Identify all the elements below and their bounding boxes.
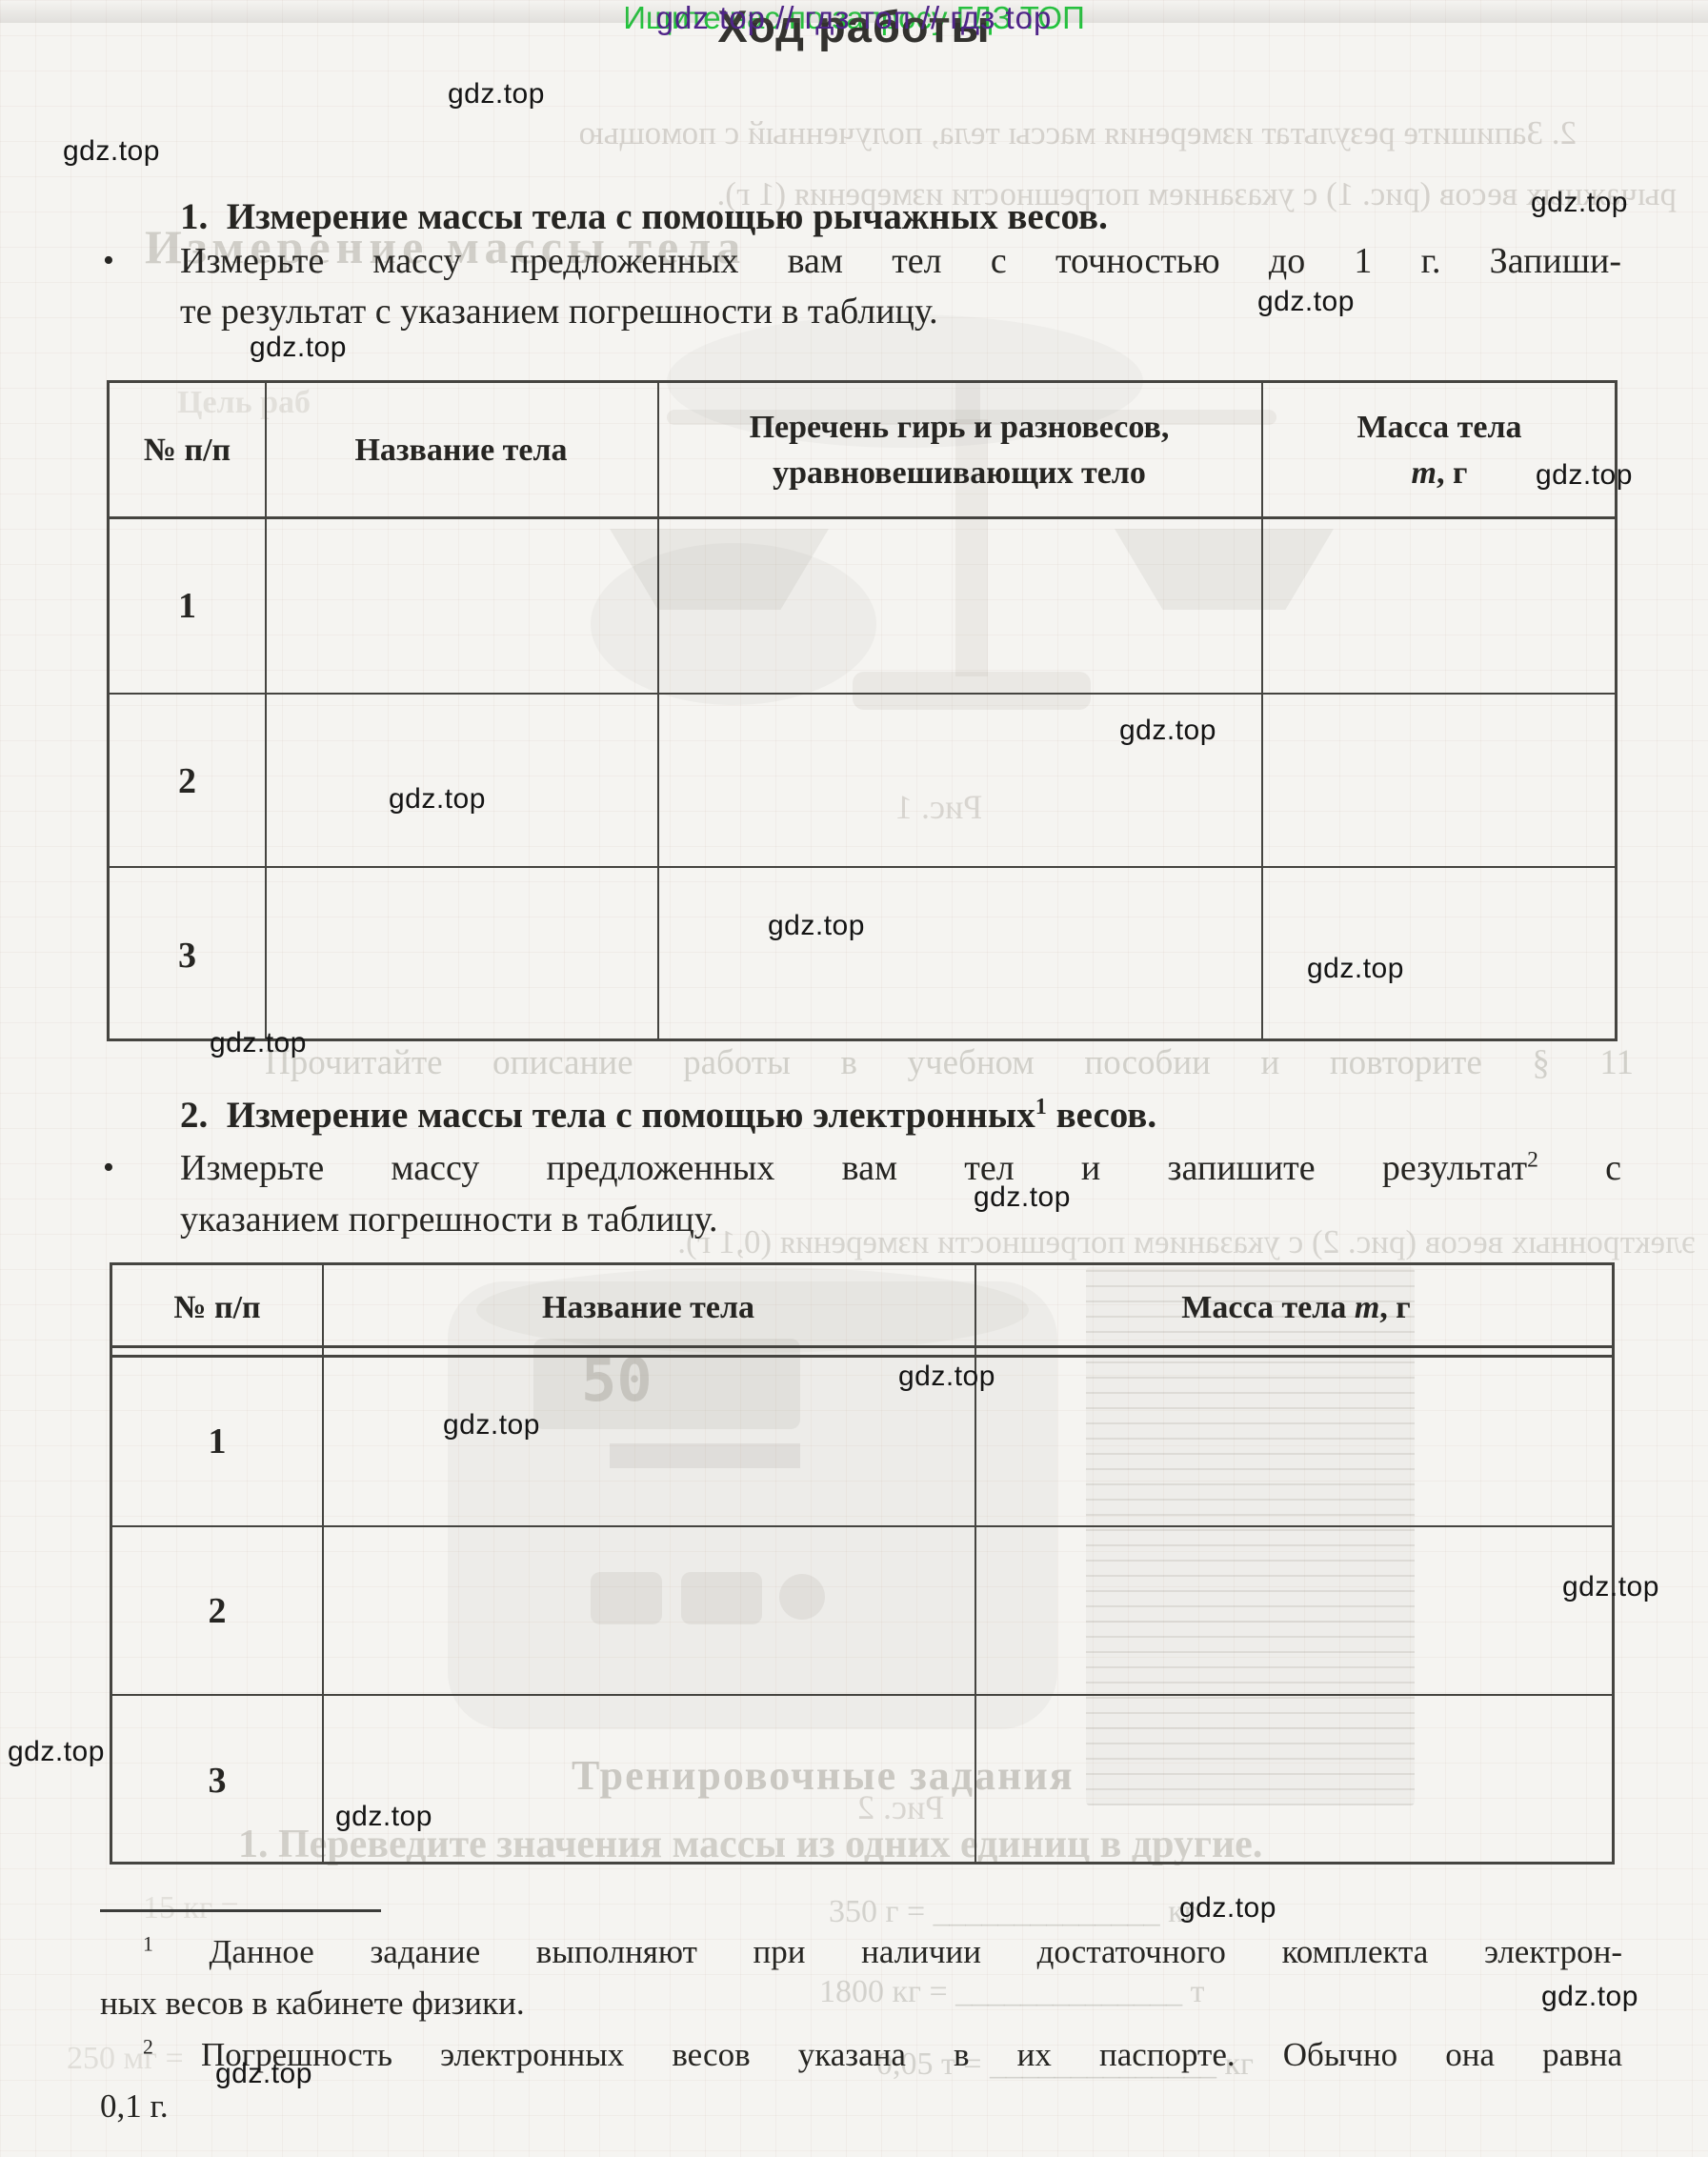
table2-row-divider-2 xyxy=(112,1694,1612,1696)
section1-heading: 1. Измерение массы тела с помощью рычажн… xyxy=(180,195,1108,239)
table2-electronic-scales: № п/п Название тела Масса тела m, г 1 2 … xyxy=(110,1262,1615,1865)
section2-text-line2: указанием погрешности в таблицу. xyxy=(180,1198,717,1241)
footnote2-line1: 2 Погрешность электронных весов указана … xyxy=(143,2034,1622,2076)
watermark-gdztop-8: gdz.top xyxy=(389,783,486,816)
site-footer-text: gdz top // гдз топ // гдз top xyxy=(0,0,1708,36)
table2-row2-number: 2 xyxy=(112,1590,322,1632)
table1-header-divider xyxy=(110,516,1615,519)
ghost-blank-350g: 350 г = ______________ кг xyxy=(829,1894,1197,1930)
table2-header-mass-unit: , г xyxy=(1379,1290,1410,1325)
watermark-gdztop-4: gdz.top xyxy=(1257,286,1355,318)
table1-header-mass-unit: , г xyxy=(1437,455,1467,491)
section2-heading: 2. Измерение массы тела с помощью электр… xyxy=(180,1094,1156,1138)
section2-bullet-marker: • xyxy=(103,1149,114,1187)
table2-header-mass-prefix: Масса тела xyxy=(1181,1290,1355,1325)
table2-row3-number: 3 xyxy=(112,1760,322,1802)
section1-bullet-marker: • xyxy=(103,242,114,280)
footnote1-marker: 1 xyxy=(143,1932,153,1955)
footnote1-line2: ных весов в кабинете физики. xyxy=(100,1983,525,2025)
ghost-blank-15kg: 15 кг = xyxy=(143,1890,239,1926)
section2-text-line1: Измерьте массу предложенных вам тел и за… xyxy=(180,1146,1621,1190)
table1-header-num: № п/п xyxy=(110,431,265,471)
watermark-gdztop-12: gdz.top xyxy=(974,1181,1071,1214)
section2-heading-main: 2. Измерение массы тела с помощью электр… xyxy=(180,1095,1035,1136)
ghost-blank-1800kg: 1800 кг = ______________ т xyxy=(819,1974,1205,2010)
watermark-gdztop-13: gdz.top xyxy=(898,1361,995,1393)
table2-row1-number: 1 xyxy=(112,1421,322,1462)
watermark-gdztop-7: gdz.top xyxy=(1119,715,1216,747)
footnote2-line2: 0,1 г. xyxy=(100,2086,169,2127)
watermark-gdztop-5: gdz.top xyxy=(250,332,347,364)
table1-row-divider-2 xyxy=(110,866,1615,868)
table1-row2-number: 2 xyxy=(110,760,265,802)
table2-header-mass: Масса тела m, г xyxy=(975,1288,1618,1328)
table2-row-divider-1 xyxy=(112,1525,1612,1527)
table1-header-weights-line1: Перечень гирь и разновесов, xyxy=(657,408,1261,448)
section2-heading-footnote-ref: 1 xyxy=(1035,1094,1047,1119)
watermark-gdztop-16: gdz.top xyxy=(8,1736,105,1768)
footnote-separator-rule xyxy=(100,1909,381,1912)
watermark-gdztop-14: gdz.top xyxy=(443,1409,540,1441)
section2-line1-tail: с xyxy=(1538,1148,1621,1188)
table2-header-name: Название тела xyxy=(322,1288,975,1328)
footnote1-text: Данное задание выполняют при наличии дос… xyxy=(153,1933,1622,1970)
watermark-gdztop-18: gdz.top xyxy=(1179,1892,1276,1925)
table1-row1-number: 1 xyxy=(110,585,265,627)
footnote1-line1: 1 Данное задание выполняют при наличии д… xyxy=(143,1931,1622,1973)
section2-line1-footnote-ref: 2 xyxy=(1527,1147,1538,1172)
watermark-gdztop-9: gdz.top xyxy=(768,910,865,942)
footnote2-marker: 2 xyxy=(143,2035,153,2058)
watermark-gdztop-15: gdz.top xyxy=(1562,1571,1659,1603)
watermark-gdztop-2: gdz.top xyxy=(63,135,160,168)
table2-header-divider-b xyxy=(112,1355,1612,1358)
table1-header-name: Название тела xyxy=(265,431,657,471)
footnote2-text: Погрешность электронных весов указана в … xyxy=(153,2036,1622,2073)
table1-header-mass-line1: Масса тела xyxy=(1261,408,1618,448)
watermark-gdztop-11: gdz.top xyxy=(210,1027,307,1059)
watermark-gdztop-1: gdz.top xyxy=(448,78,545,111)
ghost-mirrored-line-1: 2. Запишите результат измерения массы те… xyxy=(133,114,1577,152)
section1-text-line2: те результат с указанием погрешности в т… xyxy=(180,290,938,333)
watermark-gdztop-3: gdz.top xyxy=(1531,187,1628,219)
section1-text-line1: Измерьте массу предложенных вам тел с то… xyxy=(180,239,1621,283)
workbook-scan-page: 2. Запишите результат измерения массы те… xyxy=(0,0,1708,2157)
section2-line1-main: Измерьте массу предложенных вам тел и за… xyxy=(180,1148,1527,1188)
table2-header-mass-symbol: m xyxy=(1355,1290,1379,1325)
table1-row-divider-1 xyxy=(110,693,1615,695)
table1-col-divider-1 xyxy=(265,383,267,1038)
table1-header-mass-symbol: m xyxy=(1412,455,1437,491)
table1-row3-number: 3 xyxy=(110,935,265,977)
watermark-gdztop-19: gdz.top xyxy=(1541,1981,1638,2013)
watermark-gdztop-10: gdz.top xyxy=(1307,953,1404,985)
table1-header-weights-line2: уравновешивающих тело xyxy=(657,454,1261,494)
watermark-gdztop-17: gdz.top xyxy=(335,1801,432,1833)
table2-header-divider-a xyxy=(112,1345,1612,1348)
section2-heading-tail: весов. xyxy=(1047,1095,1156,1136)
watermark-gdztop-20: gdz.top xyxy=(215,2058,312,2090)
table2-header-num: № п/п xyxy=(112,1288,322,1328)
ghost-read-line: Прочитайте описание работы в учебном пос… xyxy=(265,1042,1634,1083)
watermark-gdztop-6: gdz.top xyxy=(1536,459,1633,492)
